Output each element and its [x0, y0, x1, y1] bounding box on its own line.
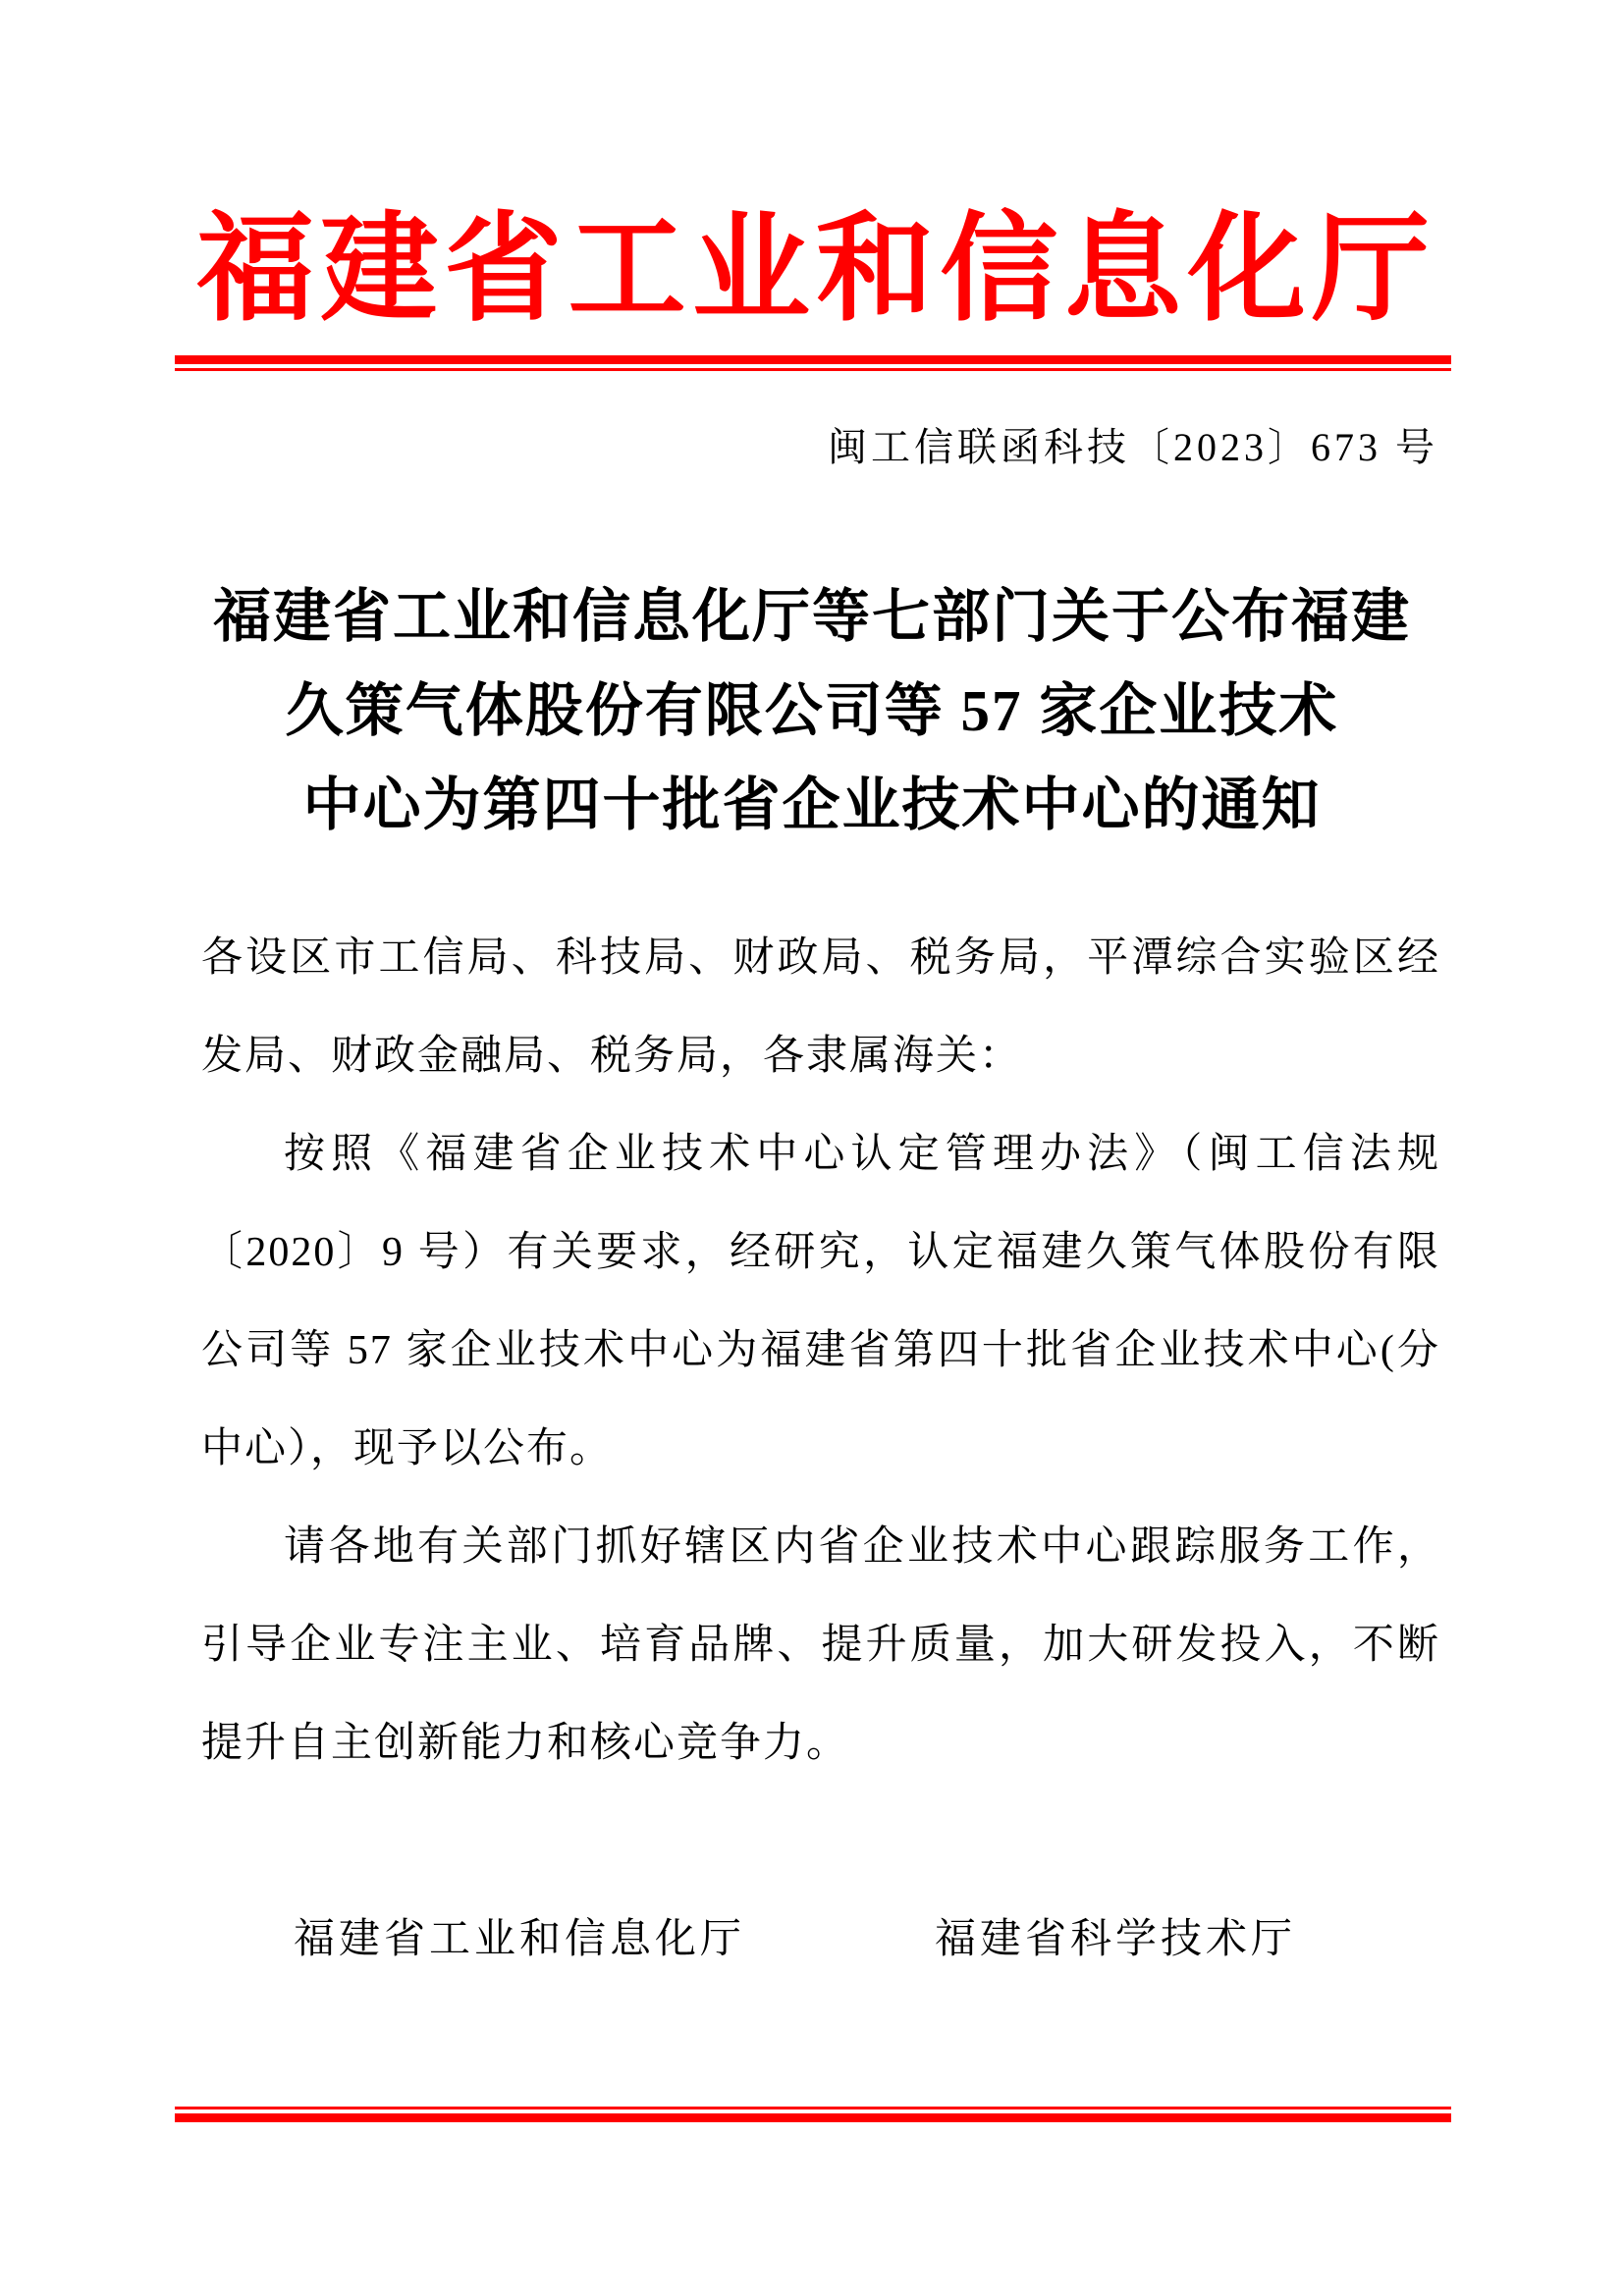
letterhead-agency-name: 福建省工业和信息化厅: [196, 196, 1430, 344]
rule-thin-bar: [175, 368, 1451, 371]
document-title: 福建省工业和信息化厅等七部门关于公布福建 久策气体股份有限公司等 57 家企业技…: [144, 569, 1480, 852]
letterhead-divider-rule: [175, 355, 1451, 371]
document-title-line-1: 福建省工业和信息化厅等七部门关于公布福建: [144, 569, 1480, 664]
rule-thick-bar: [175, 2113, 1451, 2122]
signature-right-agency: 福建省科学技术厅: [935, 1912, 1296, 1967]
official-notice-page: 福建省工业和信息化厅 闽工信联函科技〔2023〕673 号 福建省工业和信息化厅…: [0, 0, 1624, 2296]
footer-divider-rule: [175, 2107, 1451, 2122]
body-paragraph-2: 请各地有关部门抓好辖区内省企业技术中心跟踪服务工作，引导企业专注主业、培育品牌、…: [201, 1498, 1440, 1792]
signature-row: 福建省工业和信息化厅 福建省科学技术厅: [0, 1912, 1624, 1981]
document-reference-number: 闽工信联函科技〔2023〕673 号: [201, 420, 1438, 475]
signature-left-agency: 福建省工业和信息化厅: [294, 1912, 745, 1967]
document-title-line-2: 久策气体股份有限公司等 57 家企业技术: [144, 664, 1480, 758]
document-body: 各设区市工信局、科技局、财政局、税务局，平潭综合实验区经发局、财政金融局、税务局…: [201, 909, 1440, 1792]
rule-thick-bar: [175, 355, 1451, 364]
body-paragraph-1: 按照《福建省企业技术中心认定管理办法》（闽工信法规〔2020〕9 号）有关要求，…: [201, 1105, 1440, 1498]
document-title-line-3: 中心为第四十批省企业技术中心的通知: [144, 758, 1480, 852]
addressee-paragraph: 各设区市工信局、科技局、财政局、税务局，平潭综合实验区经发局、财政金融局、税务局…: [201, 909, 1440, 1105]
